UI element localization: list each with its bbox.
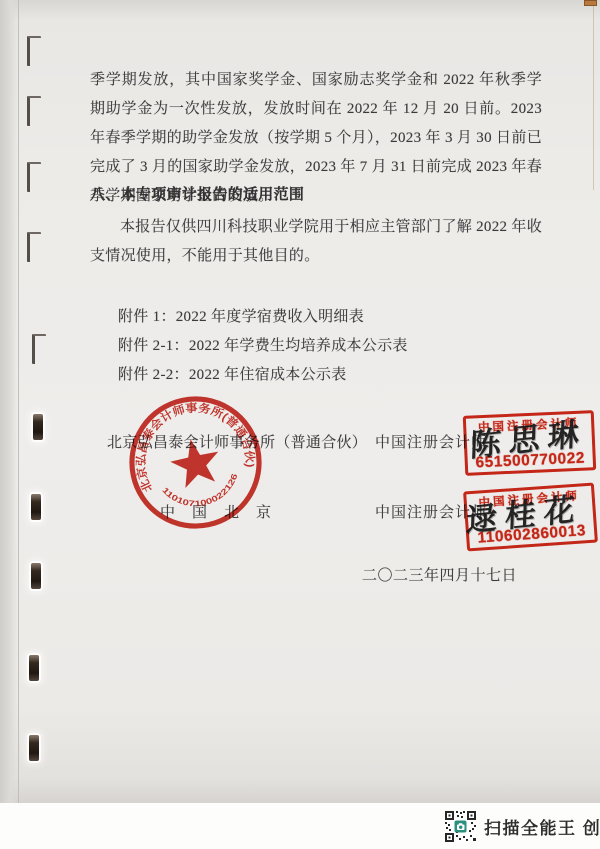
attachment-item: 附件 2-1：2022 年学费生均培养成本公示表 xyxy=(118,332,548,361)
scanner-watermark: 扫描全能王 创建 xyxy=(0,803,600,849)
binding-hole xyxy=(32,334,46,364)
binding-hole xyxy=(27,162,41,192)
svg-text:110107100022126: 110107100022126 xyxy=(159,470,245,516)
corner-mark xyxy=(584,0,597,6)
binding-hole xyxy=(27,96,41,126)
binding-hole xyxy=(31,494,41,520)
watermark-text: 扫描全能王 创建 xyxy=(484,814,600,839)
page-left-edge-shadow xyxy=(0,0,19,803)
report-date: 二〇二三年四月十七日 xyxy=(362,566,517,586)
page-right-crease xyxy=(593,0,594,190)
binding-hole xyxy=(29,655,39,681)
company-seal: 北京弘昌泰会计师事务所(普通合伙) 110107100022126 xyxy=(113,380,278,545)
section-heading: 八、本专项审计报告的适用范围 xyxy=(90,181,542,210)
seal-serial-number: 110107100022126 xyxy=(159,470,245,516)
binding-hole xyxy=(31,563,41,589)
camscanner-qr-icon xyxy=(445,811,476,842)
attachments-list: 附件 1：2022 年度学宿费收入明细表 附件 2-1：2022 年学费生均培养… xyxy=(118,303,548,390)
star-icon xyxy=(167,434,225,490)
attachment-item: 附件 1：2022 年度学宿费收入明细表 xyxy=(118,303,548,332)
attachment-item: 附件 2-2：2022 年住宿成本公示表 xyxy=(118,361,548,390)
scanned-document-page: 季学期发放，其中国家奖学金、国家励志奖学金和 2022 年秋季学期助学金为一次性… xyxy=(0,0,600,849)
binding-hole xyxy=(29,735,39,761)
binding-hole xyxy=(27,36,41,66)
usage-paragraph: 本报告仅供四川科技职业学院用于相应主管部门了解 2022 年收支情况使用，不能用… xyxy=(90,213,542,271)
binding-hole xyxy=(27,232,41,262)
binding-hole xyxy=(33,414,43,440)
